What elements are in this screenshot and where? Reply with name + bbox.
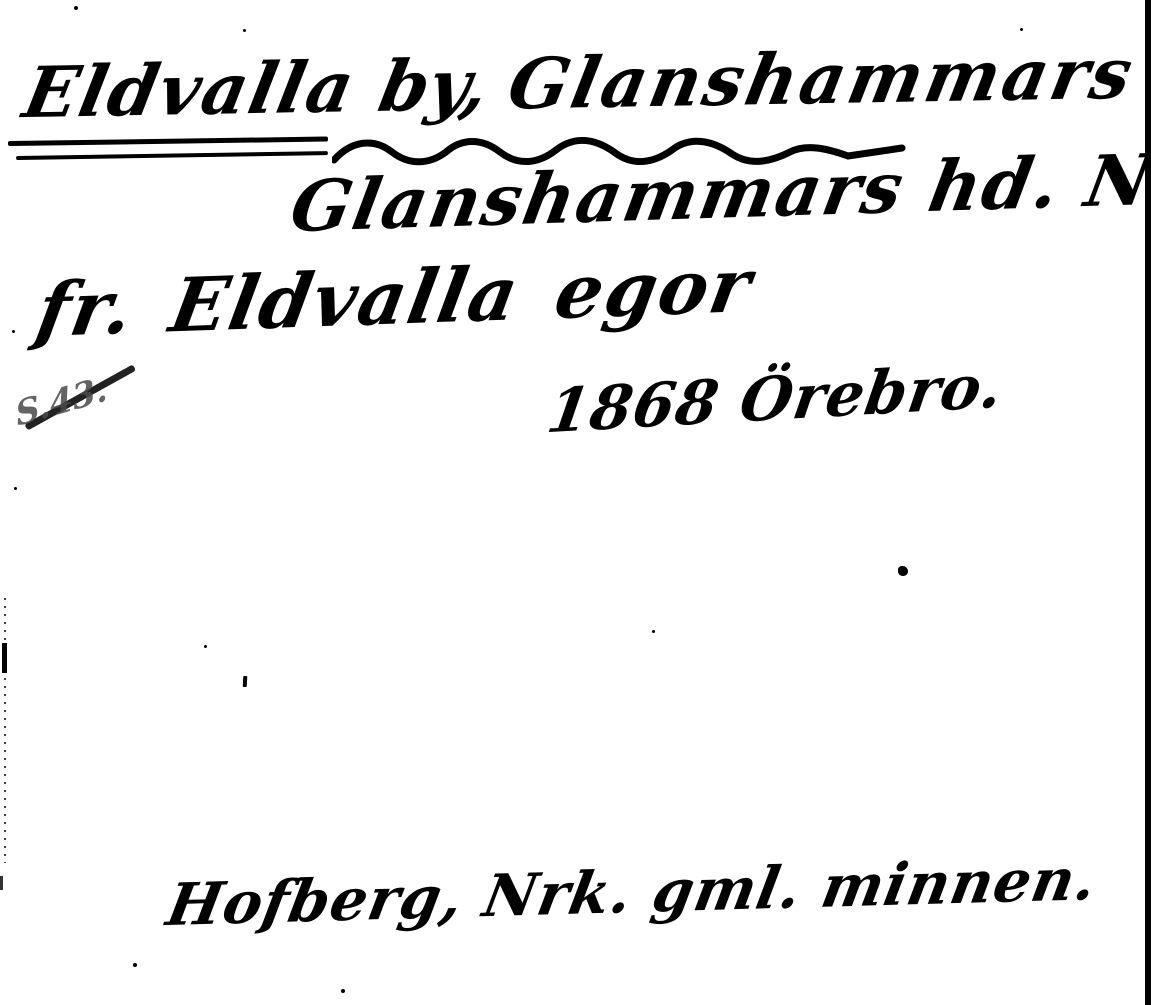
margin-note: S.43. <box>14 372 109 432</box>
scan-speck <box>133 963 137 967</box>
place-name: Eldvalla <box>18 52 361 128</box>
ink-tick-mark <box>243 676 248 687</box>
scan-speck <box>341 989 345 993</box>
scan-speck <box>74 6 78 10</box>
scan-speck <box>14 487 17 490</box>
scan-speck <box>1020 28 1023 31</box>
heading-line: Eldvallaby,Glanshammarssn. <box>18 36 1151 128</box>
year-place-line: 1868 Örebro. <box>543 356 1007 442</box>
scan-speck <box>12 330 15 333</box>
double-underline-top <box>8 137 328 146</box>
scan-edge-left-dotted <box>4 598 6 863</box>
scan-edge-left-dash <box>0 876 3 890</box>
parish-name: Glanshammars <box>503 39 1141 120</box>
ink-dot <box>898 566 908 576</box>
scan-speck <box>652 630 655 633</box>
source-line: fr. Eldvalla egor <box>31 249 758 348</box>
scan-speck <box>243 29 246 32</box>
scan-edge-right-bar <box>1145 0 1151 1005</box>
heading-mid-word: by, <box>374 50 495 122</box>
reference-line: Hofberg, Nrk. gml. minnen. <box>163 850 1102 934</box>
scan-speck <box>204 645 207 648</box>
double-underline-bottom <box>16 151 328 160</box>
scanned-handwritten-card: Eldvallaby,Glanshammarssn. Glanshammars … <box>0 0 1151 1005</box>
scan-edge-left-dash <box>2 643 7 673</box>
